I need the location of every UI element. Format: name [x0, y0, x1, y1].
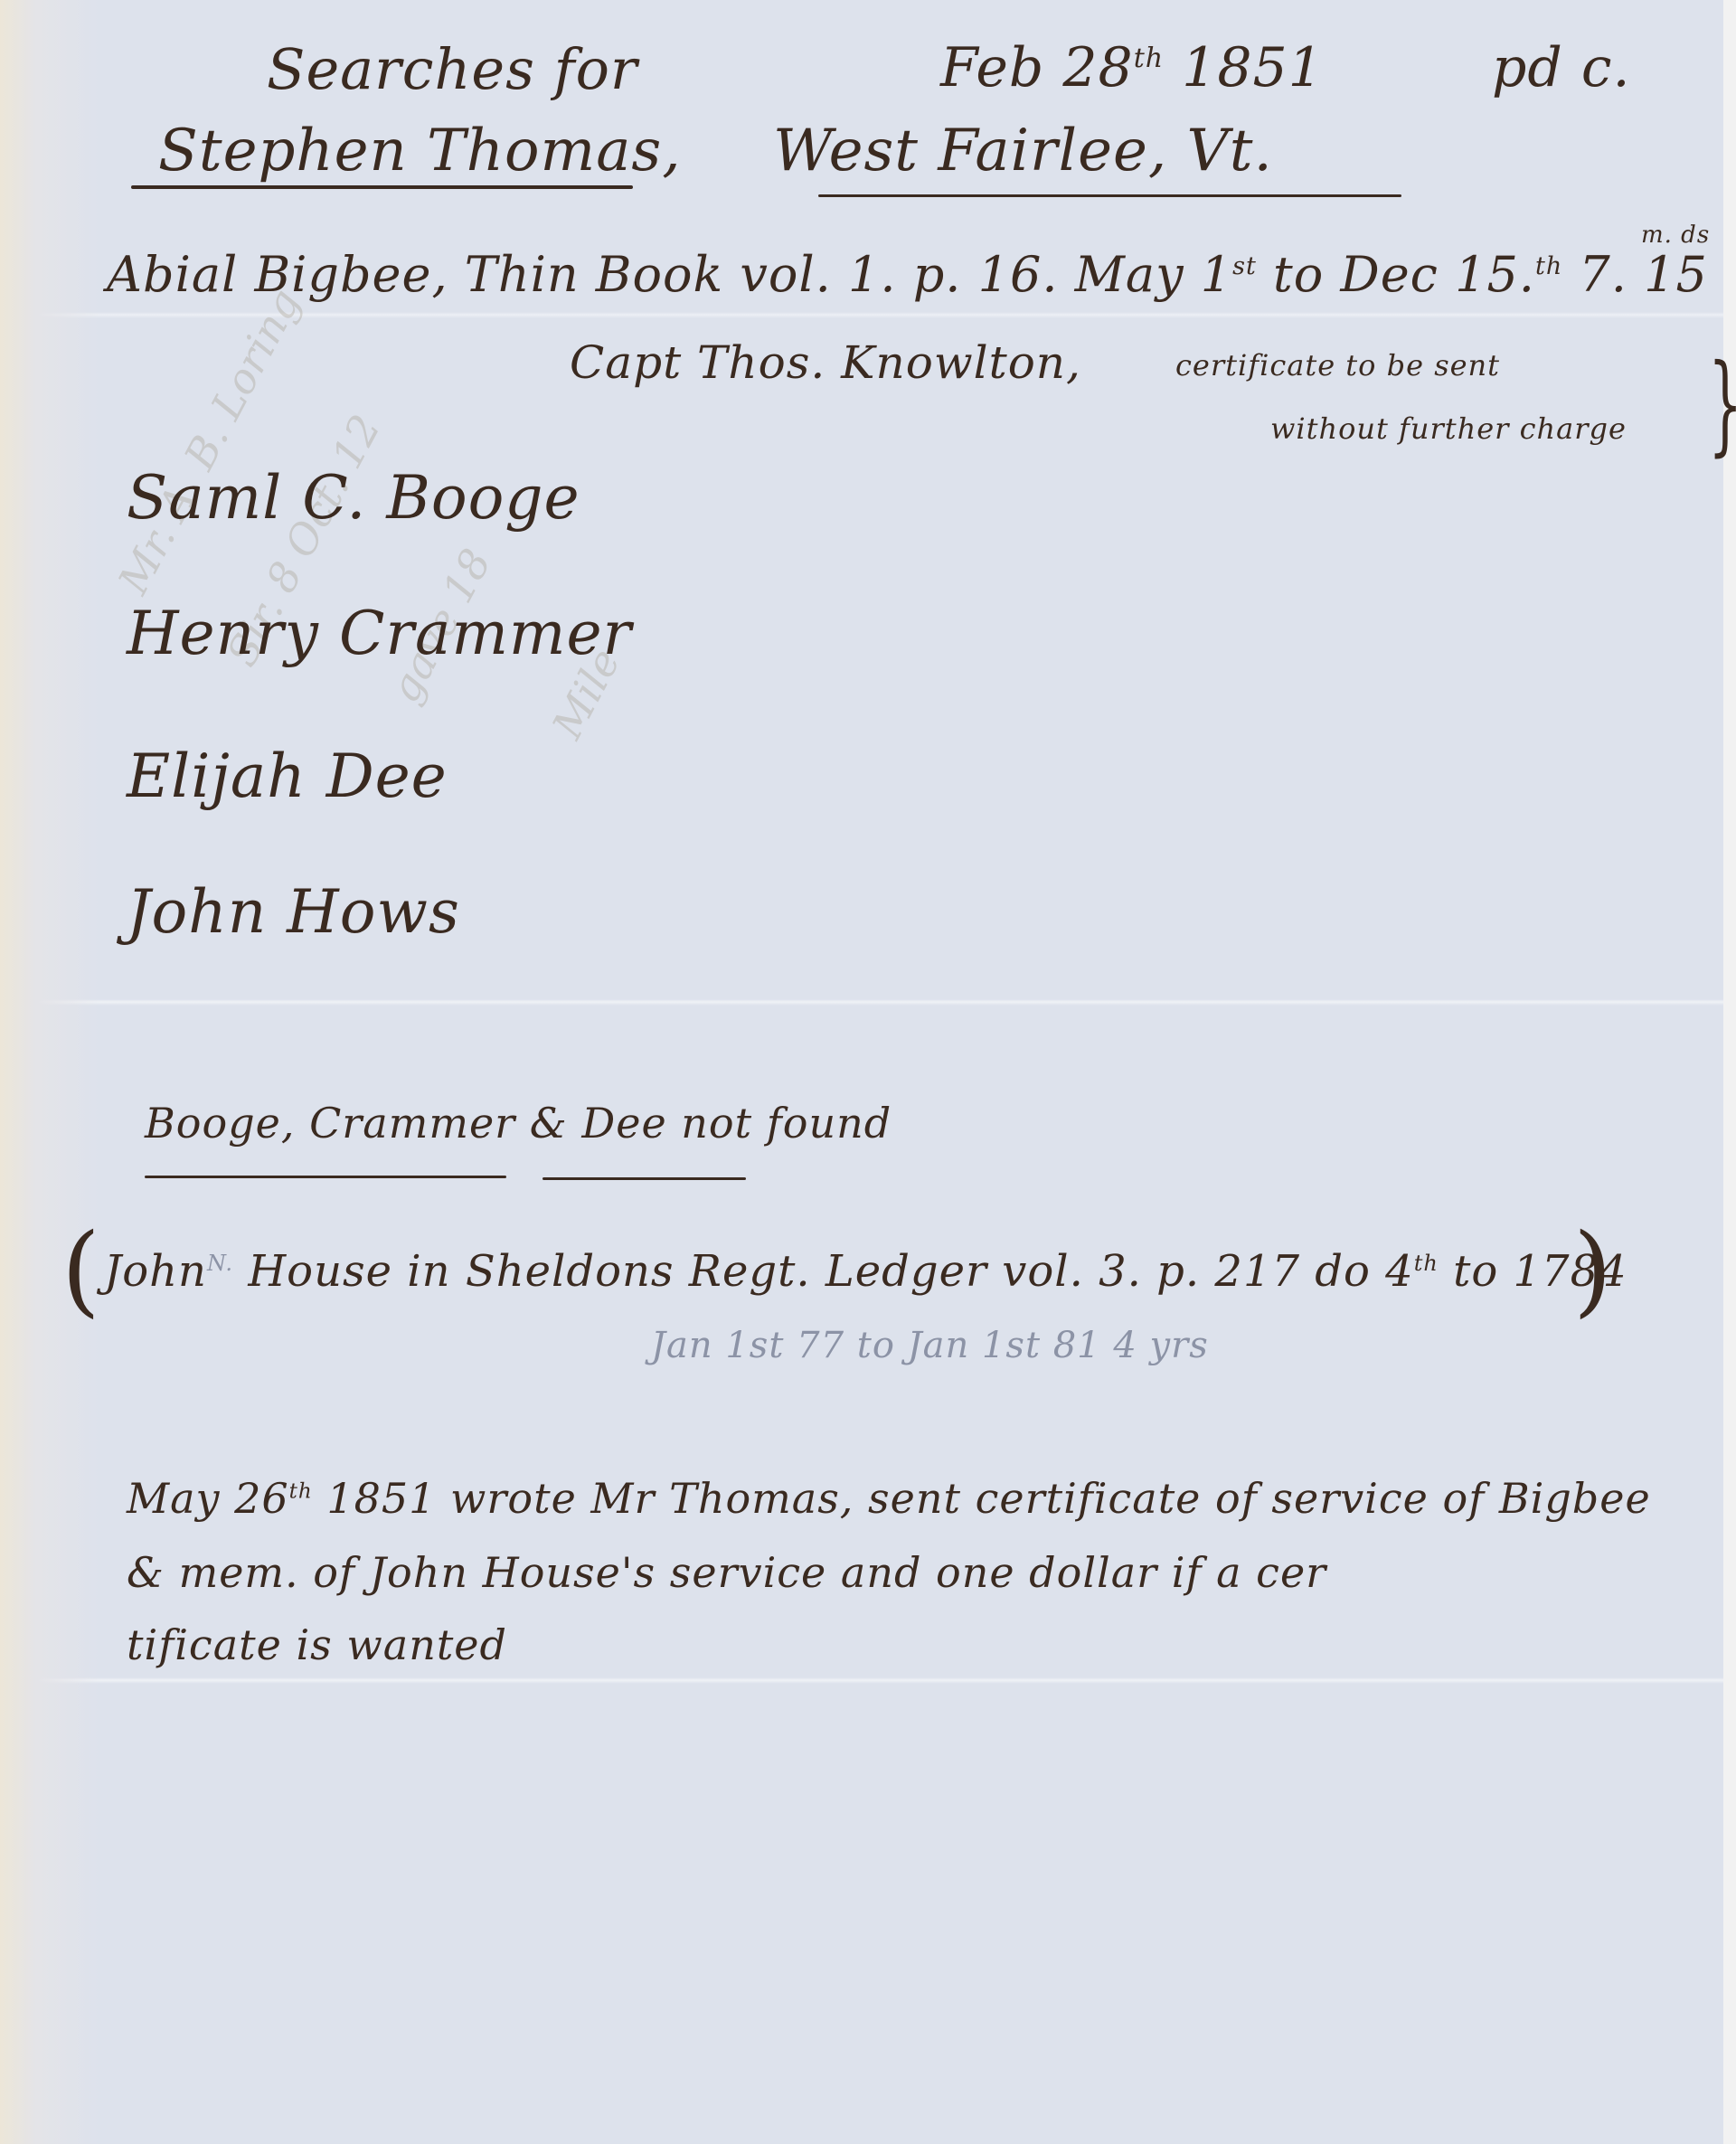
final-note-line3: tificate is wanted — [127, 1620, 507, 1669]
header-place: West Fairlee, Vt. — [773, 118, 1273, 184]
name-item: John Hows — [127, 877, 460, 947]
house-entry: JohnN. House in Sheldons Regt. Ledger vo… — [104, 1246, 1627, 1297]
date-main: Feb 28 — [940, 36, 1134, 99]
bigbee-captain: Capt Thos. Knowlton, — [570, 336, 1081, 389]
header-underline-right — [818, 194, 1401, 197]
not-found-underline-right — [542, 1177, 746, 1180]
corner-mark: pd c. — [1492, 36, 1631, 99]
paper-edge — [1723, 0, 1736, 2144]
pencil-note: Jan 1st 77 to Jan 1st 81 4 yrs — [651, 1325, 1209, 1366]
header-date: Feb 28th 1851 — [940, 36, 1324, 99]
close-paren: ) — [1573, 1212, 1612, 1327]
certificate-note-line1: certificate to be sent — [1175, 348, 1500, 383]
final-note-line2: & mem. of John House's service and one d… — [127, 1548, 1326, 1597]
open-paren: ( — [61, 1212, 100, 1327]
note-brace: } — [1708, 342, 1736, 468]
header-title-line1: Searches for — [267, 36, 638, 102]
name-item: Elijah Dee — [127, 741, 448, 811]
name-item: Henry Crammer — [127, 599, 632, 668]
units-note: m. ds — [1641, 222, 1710, 249]
header-underline-left — [131, 185, 633, 189]
date-year: 1851 — [1182, 36, 1324, 99]
not-found-note: Booge, Crammer & Dee not found — [145, 1099, 892, 1148]
not-found-underline-left — [145, 1176, 506, 1178]
date-suffix: th — [1134, 43, 1164, 74]
name-item: Saml C. Booge — [127, 463, 580, 533]
certificate-note-line2: without further charge — [1270, 411, 1627, 446]
header-name: Stephen Thomas, — [158, 118, 682, 184]
final-note-line1: May 26th 1851 wrote Mr Thomas, sent cert… — [127, 1474, 1651, 1523]
bigbee-entry-line1: Abial Bigbee, Thin Book vol. 1. p. 16. M… — [107, 246, 1708, 303]
